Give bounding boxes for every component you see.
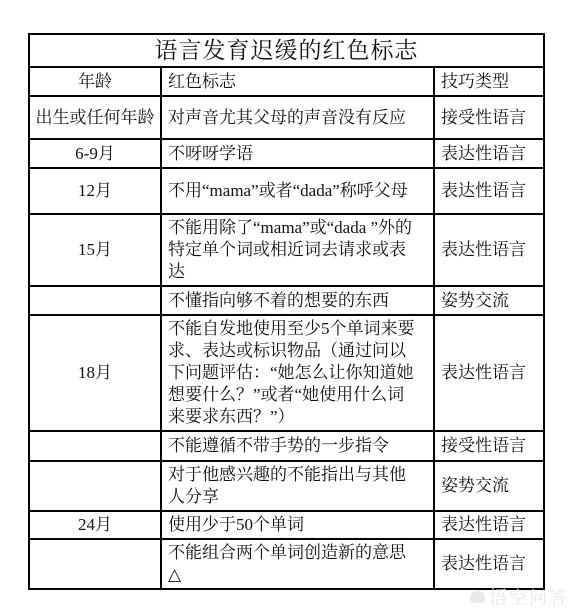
age-cell: 24月 (29, 511, 161, 539)
age-cell: 18月 (29, 315, 161, 431)
header-age: 年龄 (29, 67, 161, 96)
age-cell: 6-9月 (29, 139, 161, 168)
type-cell: 表达性语言 (434, 315, 544, 431)
flag-cell: 使用少于50个单词 (161, 511, 434, 539)
flag-cell: 不懂指向够不着的想要的东西 (161, 286, 434, 315)
flag-cell: 不能组合两个单词创造新的意思△ (161, 539, 434, 589)
table-row: 不能遵循不带手势的一步指令 接受性语言 (29, 431, 544, 461)
table-row: 15月 不能用除了“mama”或“dada ”外的特定单个词或相近词去请求或表达… (29, 214, 544, 286)
age-cell (29, 461, 161, 511)
table-row: 不懂指向够不着的想要的东西 姿势交流 (29, 286, 544, 315)
table-row: 24月 使用少于50个单词 表达性语言 (29, 511, 544, 539)
table-row: 12月 不用“mama”或者“dada”称呼父母 表达性语言 (29, 168, 544, 214)
type-cell: 表达性语言 (434, 168, 544, 214)
age-cell: 出生或任何年龄 (29, 96, 161, 139)
wukong-watermark: 悟空问答 (470, 584, 569, 610)
type-cell: 表达性语言 (434, 139, 544, 168)
table-row: 出生或任何年龄 对声音尤其父母的声音没有反应 接受性语言 (29, 96, 544, 139)
type-cell: 接受性语言 (434, 431, 544, 461)
redflag-table: 语言发育迟缓的红色标志 年龄 红色标志 技巧类型 出生或任何年龄 对声音尤其父母… (28, 33, 545, 590)
watermark-text: 悟空问答 (489, 584, 569, 610)
age-cell (29, 286, 161, 315)
flag-cell: 不能用除了“mama”或“dada ”外的特定单个词或相近词去请求或表达 (161, 214, 434, 286)
flag-cell: 不能自发地使用至少5个单词来要求、表达或标识物品（通过问以下问题评估：“她怎么让… (161, 315, 434, 431)
table-row: 不能组合两个单词创造新的意思△ 表达性语言 (29, 539, 544, 589)
header-type: 技巧类型 (434, 67, 544, 96)
table-row: 18月 不能自发地使用至少5个单词来要求、表达或标识物品（通过问以下问题评估：“… (29, 315, 544, 431)
age-cell (29, 431, 161, 461)
table-row: 6-9月 不呀呀学语 表达性语言 (29, 139, 544, 168)
age-cell: 15月 (29, 214, 161, 286)
flag-cell: 不呀呀学语 (161, 139, 434, 168)
age-cell: 12月 (29, 168, 161, 214)
flag-cell: 不用“mama”或者“dada”称呼父母 (161, 168, 434, 214)
header-flag: 红色标志 (161, 67, 434, 96)
type-cell: 表达性语言 (434, 511, 544, 539)
age-cell (29, 539, 161, 589)
flag-cell: 对声音尤其父母的声音没有反应 (161, 96, 434, 139)
type-cell: 表达性语言 (434, 539, 544, 589)
wukong-logo-icon (470, 591, 485, 603)
flag-cell: 不能遵循不带手势的一步指令 (161, 431, 434, 461)
type-cell: 姿势交流 (434, 461, 544, 511)
type-cell: 姿势交流 (434, 286, 544, 315)
type-cell: 接受性语言 (434, 96, 544, 139)
flag-cell: 对于他感兴趣的不能指出与其他人分享 (161, 461, 434, 511)
type-cell: 表达性语言 (434, 214, 544, 286)
page-title: 语言发育迟缓的红色标志 (29, 34, 544, 67)
table-row: 对于他感兴趣的不能指出与其他人分享 姿势交流 (29, 461, 544, 511)
table-title-row: 语言发育迟缓的红色标志 (29, 34, 544, 67)
table-header-row: 年龄 红色标志 技巧类型 (29, 67, 544, 96)
